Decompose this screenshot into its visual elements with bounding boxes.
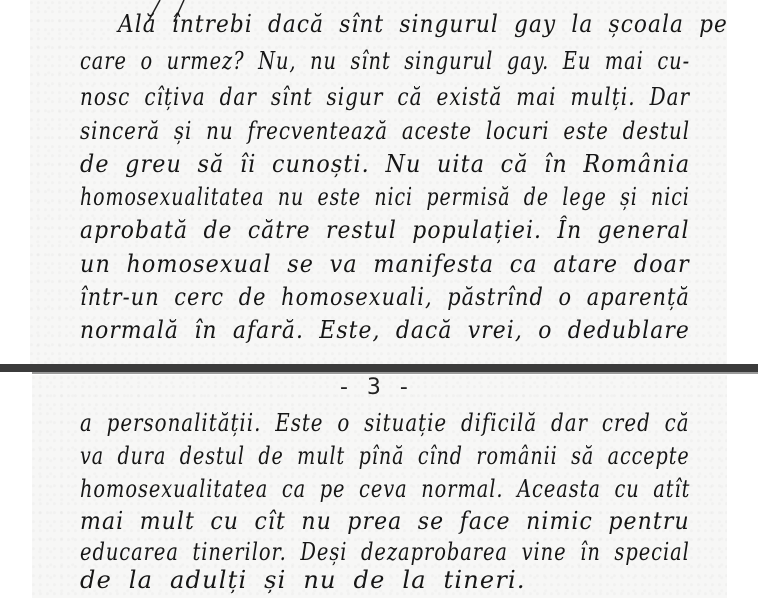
text-line: într-un cerc de homosexuali, păstrînd o … (80, 283, 690, 311)
page-number: - 3 - (340, 375, 414, 400)
text-line: de la adulți și nu de la tineri. (80, 566, 526, 594)
text-line: sinceră și nu frecventează aceste locuri… (80, 117, 690, 145)
page-divider (0, 364, 758, 372)
text-line: Ală întrebi dacă sînt singurul gay la șc… (118, 10, 728, 38)
text-line: un homosexual se va manifesta ca atare d… (80, 250, 690, 278)
text-line: nosc cîțiva dar sînt sigur că există mai… (80, 83, 690, 111)
text-line: care o urmez? Nu, nu sînt singurul gay. … (80, 47, 690, 75)
text-line: homosexualitatea ca pe ceva normal. Acea… (80, 475, 690, 503)
text-line: homosexualitatea nu este nici permisă de… (80, 183, 690, 211)
text-line: aprobată de către restul populației. În … (80, 216, 690, 244)
text-line: normală în afară. Este, dacă vrei, o ded… (80, 316, 690, 344)
text-line: educarea tinerilor. Deși dezaprobarea vi… (80, 538, 690, 566)
text-line: a personalității. Este o situație difici… (80, 409, 689, 437)
text-line: de greu să îi cunoști. Nu uita că în Rom… (80, 150, 690, 178)
page-divider-shadow (32, 372, 758, 374)
text-line: va dura destul de mult pînă cînd românii… (80, 442, 690, 470)
text-line: mai mult cu cît nu prea se face nimic pe… (80, 507, 690, 535)
